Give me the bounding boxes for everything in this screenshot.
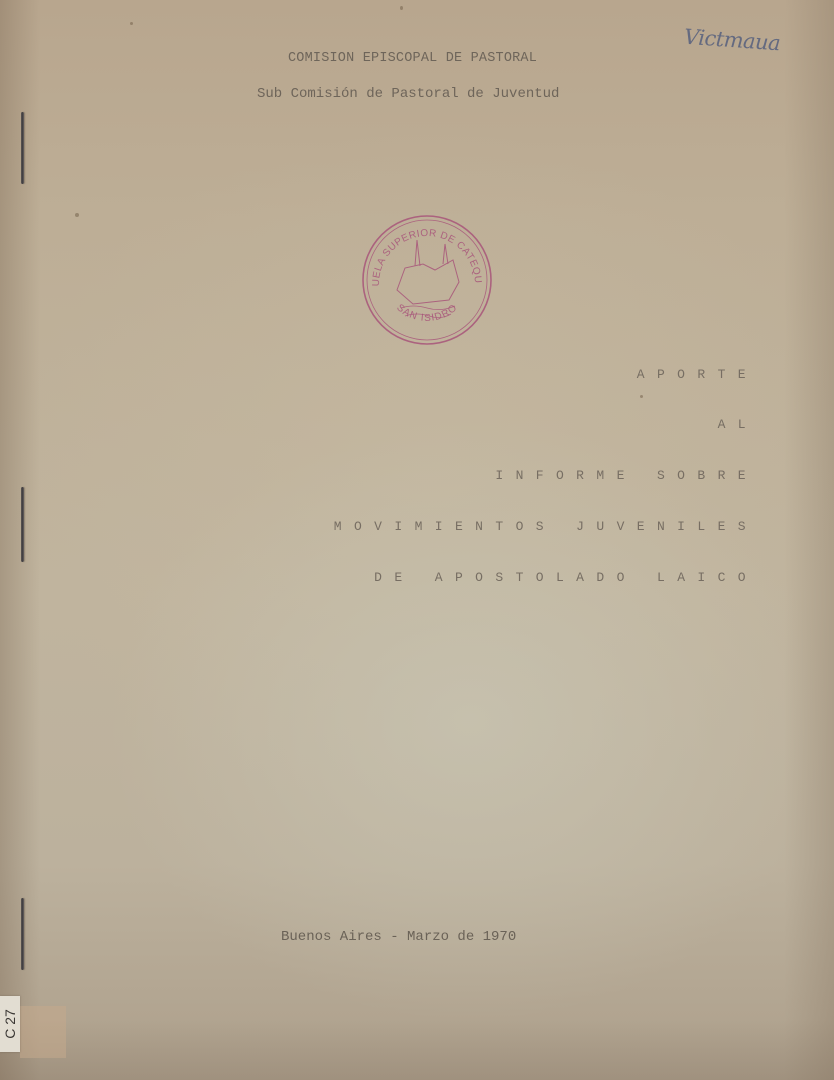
paper-speck xyxy=(400,6,403,10)
paper-speck xyxy=(75,213,79,217)
library-stamp-icon: ESCUELA SUPERIOR DE CATEQUESIS SAN ISIDR… xyxy=(357,210,497,350)
handwritten-note: Victmaua xyxy=(683,25,781,56)
paper-speck xyxy=(130,22,133,25)
organization-title: COMISION EPISCOPAL DE PASTORAL xyxy=(288,51,537,66)
title-line-3: INFORME SOBRE xyxy=(495,468,758,483)
title-line-1: APORTE xyxy=(637,367,758,382)
sub-organization-title: Sub Comisión de Pastoral de Juventud xyxy=(257,86,559,102)
title-line-2: AL xyxy=(718,417,758,432)
page-edge-shading xyxy=(0,0,834,1080)
staple-top xyxy=(21,112,24,184)
catalog-number: C 27 xyxy=(2,1009,18,1039)
svg-text:SAN ISIDRO: SAN ISIDRO xyxy=(394,302,459,324)
staple-bottom xyxy=(21,898,24,970)
staple-middle xyxy=(21,487,24,562)
paper-speck xyxy=(640,395,643,398)
title-line-4: MOVIMIENTOS JUVENILES xyxy=(334,519,758,534)
tape-patch xyxy=(20,1006,66,1058)
title-line-5: DE APOSTOLADO LAICO xyxy=(374,570,758,585)
catalog-label: C 27 xyxy=(0,996,20,1052)
place-and-date: Buenos Aires - Marzo de 1970 xyxy=(281,929,516,945)
document-cover-page: COMISION EPISCOPAL DE PASTORAL Sub Comis… xyxy=(0,0,834,1080)
